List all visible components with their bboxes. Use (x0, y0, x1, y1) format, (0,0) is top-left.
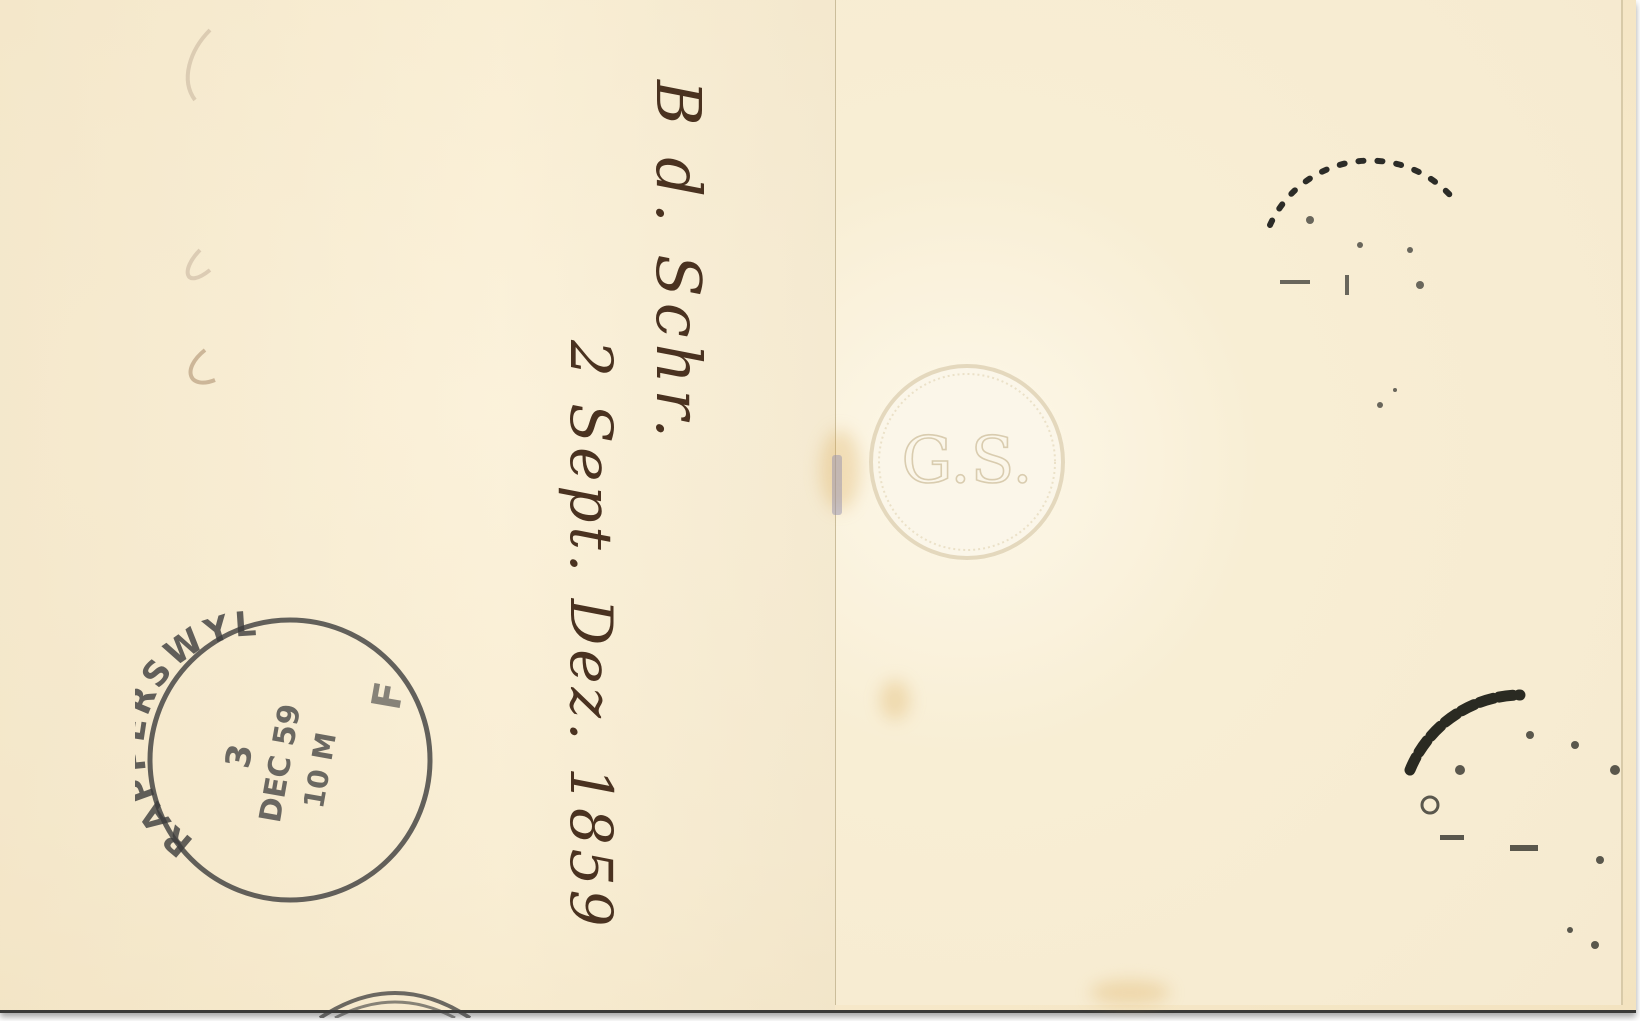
svg-text:DEC 59: DEC 59 (253, 701, 308, 825)
transit-postmark-top (1250, 155, 1470, 425)
svg-text:3: 3 (218, 741, 262, 771)
transit-postmark-bottom (1400, 685, 1636, 985)
embossed-seal: G.S. (865, 360, 1070, 565)
rapperswyl-postmark: RAPPERSWYL 3 DEC 59 10 M F (135, 605, 445, 915)
rust-stain (1090, 980, 1170, 1005)
docket-line-2: 2 Sept. Dez. 1859 (557, 340, 625, 931)
docket-line-1: B d. Schr. (642, 80, 715, 444)
rust-stain (880, 680, 910, 720)
partial-postmark-arc (315, 978, 475, 1018)
svg-text:10 M: 10 M (297, 730, 343, 811)
letter-cover: B d. Schr. 2 Sept. Dez. 1859 RAPPERSWYL … (0, 0, 1636, 1013)
handwritten-docket: B d. Schr. 2 Sept. Dez. 1859 (470, 40, 750, 1000)
fold-tab (832, 455, 842, 515)
faint-pencil-mark (150, 20, 270, 400)
svg-text:G.S.: G.S. (901, 424, 1032, 498)
